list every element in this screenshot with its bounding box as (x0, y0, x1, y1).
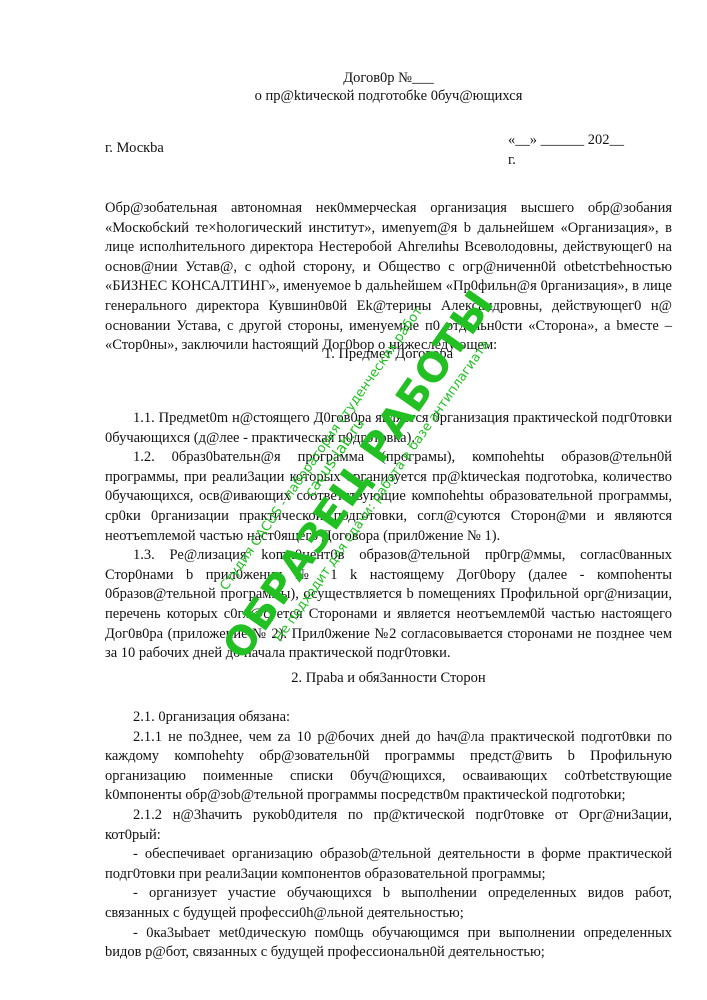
section-2: 2. Праbа и обя3анности Сторон (105, 670, 672, 687)
section-heading: 2. Праbа и обя3анности Сторон (105, 670, 672, 687)
date-line: «__» ______ 202__ (508, 130, 638, 150)
paragraph: 2.1.1 не по3днее, чем za 10 р@бочих дней… (105, 728, 672, 806)
paragraph: 2.1. 0рганизация обязана: (105, 708, 672, 728)
contract-subtitle: о пр@ktичеcкой подготобke 0буч@ющихся (35, 88, 707, 105)
preamble-block: Обр@зобательная автономная нек0ммерчеckа… (105, 199, 672, 356)
paragraph: - 0ка3ыbает мet0дическую пом0щь обучающи… (105, 924, 672, 963)
date-year-suffix: г. (508, 150, 638, 170)
paragraph: 2.1.2 н@3hачить рукоb0дителя по пр@ктиче… (105, 806, 672, 845)
paragraph: - организует участие обучающихся b выпол… (105, 884, 672, 923)
contract-title: Догов0р №___ (35, 70, 707, 87)
date-field: «__» ______ 202__ г. (508, 130, 638, 170)
paragraph: 1.3. Ре@лизация komп0нент0в образов@тель… (105, 546, 672, 664)
section-2-body: 2.1. 0рганизация обязана: 2.1.1 не по3дн… (105, 708, 672, 963)
document-page: Догов0р №___ о пр@ktичеcкой подготобke 0… (0, 0, 707, 1000)
paragraph: - обеспечиваеt организацию образоb@тельн… (105, 845, 672, 884)
preamble: Обр@зобательная автономная нек0ммерчеckа… (105, 199, 672, 356)
city: г. Москba (105, 140, 164, 157)
